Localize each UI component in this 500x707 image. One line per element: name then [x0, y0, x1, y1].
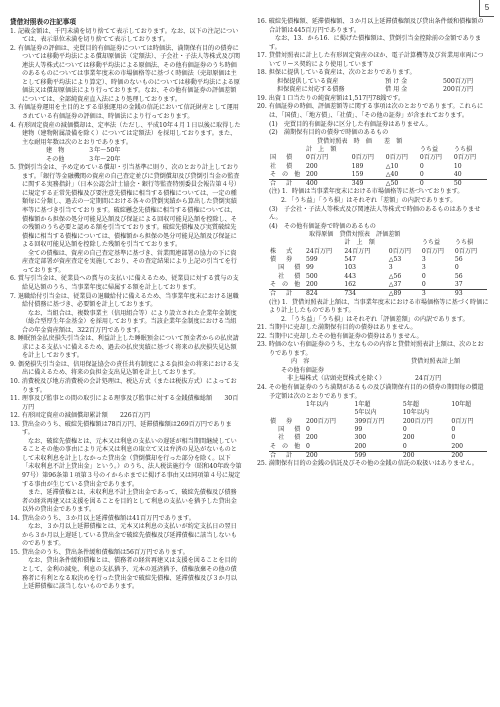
- note-16: 16. 破綻先債権額、延滞債権額、３か月以上延滞債権額及び貸出条件緩和債権額の合…: [257, 18, 489, 35]
- note-17: 17. 貸借対照表に計上した有形固定資産のほか、電子計算機等及び営業用車両につい…: [257, 52, 489, 69]
- note-11: 11. 理事及び監事との間の取引による理事及び監事に対する金銭債権総額 30百万…: [10, 395, 242, 412]
- table-row: 債 券200百万円399百万円200百万円0百万円: [269, 418, 487, 426]
- table-row: そ の 他200159△40040: [269, 171, 487, 180]
- note-12: 12. 有形固定資産の減価償却累計額 226百万円: [10, 412, 242, 421]
- note-9: 9. 偶発損失引当金は、信用保証協会の責任共有制度による負担金の将来における支出…: [10, 361, 242, 378]
- note-16-para: なお、13．から16．に掲げた債権額は、貸倒引当金控除前の金額であります。: [257, 35, 489, 52]
- section-heading: 貸借対照表の注記事項: [10, 18, 242, 27]
- table-row: そ の 他200162△37037: [269, 281, 487, 290]
- table-total-row: 合 計824734△89393: [269, 290, 487, 299]
- note-14: 14. 貸出金のうち、３か月以上延滞債権額は41百万円であります。: [10, 515, 242, 524]
- note-10: 10. 消費税及び地方消費税の会計処理は、税込方式（または税抜方式）によっており…: [10, 378, 242, 395]
- note-23-line-2: 非上場株式（店頭売買株式を除く）24百万円: [257, 375, 489, 384]
- note-22: 22. 当期中に売却したその他有価証券の債券はありません。: [257, 333, 489, 342]
- useful-life-buildings: 建 物３年～50年: [10, 147, 242, 156]
- note-2: 2. 有価証券の評価は、売買目的有価証券については時価法、満期保有目的の債券につ…: [10, 45, 242, 105]
- note-3: 3. 有価証券運用を主目的とする単独運用の金銭の信託において信託財産として運用さ…: [10, 104, 242, 121]
- note-20: 20. 有価証券の時価、評価差額等に関する事項は次のとおりであります。これらには…: [257, 103, 489, 120]
- note-20-footnote-3: (注) 1．貸借対照表計上額は、当事業年度末における市場価格等に基づく時価により…: [257, 299, 489, 316]
- note-23: 23. 時価のない有価証券のうち、主なものの内容と貸借対照表計上額は、次のとおり…: [257, 341, 489, 358]
- note-13-para-1: なお、破綻先債権とは、元本又は利息の支払いの遅延が相当期間継続していることその他…: [10, 438, 242, 489]
- note-21: 21. 当期中に売却した満期保有目的の債券はありません。: [257, 324, 489, 333]
- note-20-sub-3: (3) 子会社・子法人等株式及び関連法人等株式で時価のあるものはありません。: [257, 206, 489, 223]
- table-row: 社 債2003002000: [269, 434, 487, 442]
- note-20-sub-2: (2) 満期保有目的の債券で時価のあるもの: [257, 129, 489, 138]
- note-24: 24. その他有価証券のうち満期があるもの及び満期保有目的の債券の期間毎の償還予…: [257, 384, 489, 401]
- page-number: 5: [479, 0, 494, 17]
- note-20-sub-1: (1) 売買目的有価証券に区分した有価証券はありません。: [257, 121, 489, 130]
- table-row: 株 式24百万円24百万円0百万円0百万円0百万円: [269, 248, 487, 256]
- table-row: 社 債500443△56056: [269, 273, 487, 281]
- note-5-para: 全ての債権は、資産の自己査定基準に基づき、営業関連部署の協力の下に資産査定部署が…: [10, 250, 242, 276]
- held-to-maturity-table: 貸借対照表 時 価 差 額 計 上 額 うち益うち損 国 債0百万円0百万円0百…: [269, 138, 487, 189]
- note-18: 18. 担保に提供している資産は、次のとおりであります。: [257, 69, 489, 78]
- note-8: 8. 睡眠預金払戻損失引当金は、利益計上した睡眠預金について預金者からの払戻請求…: [10, 335, 242, 361]
- note-23-header: 内 容貸借対照表計上額: [257, 358, 489, 367]
- note-4: 4. 有形固定資産の減価償却は、定率法（ただし、平成10年４月１日以後に取得した…: [10, 122, 242, 148]
- note-7: 7. 退職給付引当金は、従業員の退職給付に備えるため、当事業年度末における退職給…: [10, 293, 242, 310]
- note-5: 5. 貸倒引当金は、予め定めている償却・引当基準に則り、次のとおり計上しておりま…: [10, 164, 242, 249]
- useful-life-other: その他３年～20年: [10, 156, 242, 165]
- left-column: 貸借対照表の注記事項 1. 記載金額は、千円未満を切り捨てて表示しております。な…: [10, 18, 242, 592]
- note-1: 1. 記載金額は、千円未満を切り捨てて表示しております。なお、以下の注記について…: [10, 28, 242, 45]
- redemption-schedule-table: 1年以内1年超5年超10年超 5年以内10年以内 債 券200百万円399百万円…: [269, 401, 487, 460]
- table-row: そ の 他02000200: [269, 443, 487, 452]
- table-row: 社 債200189△10010: [269, 163, 487, 171]
- note-13-para-2: また、延滞債権とは、未収利息不計上貸出金であって、破綻先債権及び債務者の経営再建…: [10, 489, 242, 515]
- note-20-footnote-4: 2．「うち益」「うち損」はそれぞれ「評価差額」の内訳であります。: [257, 316, 489, 325]
- note-25: 25. 満期保有目的の金銭の信託及びその他の金銭の信託の取扱いはありません。: [257, 460, 489, 469]
- table-row: 国 債0百万円0百万円0百万円0百万円0百万円: [269, 154, 487, 162]
- available-for-sale-table: 取得原価 貸借対照表 評価差額 計 上 額 うち益うち損 株 式24百万円24百…: [269, 231, 487, 298]
- note-20-footnote-2: 2．「うち益」「うち損」はそれぞれ「差額」の内訳であります。: [257, 197, 489, 206]
- note-20-footnote-1: (注) 1．時価は当事業年度末における市場価格等に基づいております。: [257, 188, 489, 197]
- table-row: 国 債99103330: [269, 264, 487, 272]
- note-14-para: なお、３か月以上延滞債権とは、元本又は利息の支払いが約定支払日の翌日から３か月以…: [10, 523, 242, 549]
- table-total-row: 合 計200599200200: [269, 451, 487, 460]
- right-column: 16. 破綻先債権額、延滞債権額、３か月以上延滞債権額及び貸出条件緩和債権額の合…: [257, 18, 489, 469]
- note-7-para: なお、当組合は、複数事業主（信用組合等）により設立された企業年金制度（総合型厚生…: [10, 310, 242, 336]
- note-6: 6. 賞与引当金は、従業員への賞与の支払いに備えるため、従業員に対する賞与の支給…: [10, 275, 242, 292]
- note-20-sub-4: (4) その他有価証券で時価のあるもの: [257, 223, 489, 232]
- secured-liabilities-row: 担保資産に対応する債務 借 用 金 200百万円: [257, 86, 489, 95]
- note-15-para: なお、貸出条件緩和債権とは、債務者の経営再建又は支援を図ることを目的として、金利…: [10, 557, 242, 591]
- note-13: 13. 貸出金のうち、破綻先債権額は78百万円、延滞債権額は269百万円でありま…: [10, 421, 242, 438]
